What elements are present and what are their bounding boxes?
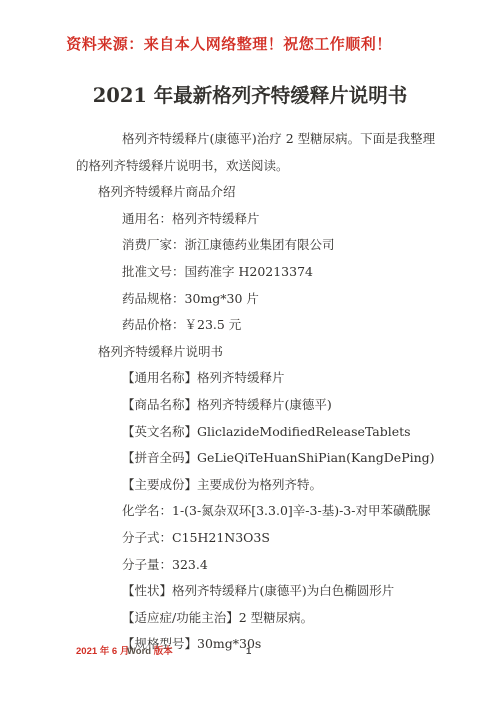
page-title: 2021 年最新格列齐特缓释片说明书 (0, 80, 500, 108)
field-line: 【性状】格列齐特缓释片(康德平)为白色椭圆形片 (76, 578, 436, 605)
field-line: 药品价格：￥23.5 元 (76, 312, 436, 339)
paragraph-line: 格列齐特缓释片(康德平)治疗 2 型糖尿病。下面是我整理 (76, 126, 436, 153)
field-line: 分子式：C15H21N3O3S (76, 525, 436, 552)
document-page: 资料来源：来自本人网络整理！祝您工作顺利！ 2021 年最新格列齐特缓释片说明书… (0, 0, 500, 708)
field-line: 【商品名称】格列齐特缓释片(康德平) (76, 392, 436, 419)
footer-page-number: 1 (246, 645, 251, 659)
footer-word-label: Word (127, 646, 151, 657)
field-line: 【主要成份】主要成份为格列齐特。 (76, 472, 436, 499)
field-line: 通用名：格列齐特缓释片 (76, 206, 436, 233)
section-heading: 格列齐特缓释片说明书 (76, 339, 436, 366)
footer-date: 2021 年 6 月 (76, 645, 129, 659)
field-line: 【适应症/功能主治】2 型糖尿病。 (76, 605, 436, 632)
field-line: 化学名：1-(3-氮杂双环[3.3.0]辛-3-基)-3-对甲苯磺酰脲 (76, 498, 436, 525)
field-line: 消费厂家：浙江康德药业集团有限公司 (76, 232, 436, 259)
paragraph-line: 的格列齐特缓释片说明书，欢送阅读。 (76, 153, 436, 180)
footer-version-text: 版本 (154, 646, 173, 657)
field-line: 【英文名称】GliclazideModifiedReleaseTablets (76, 419, 436, 446)
field-line: 【拼音全码】GeLieQiTeHuanShiPian(KangDePing) (76, 445, 436, 472)
field-line: 药品规格：30mg*30 片 (76, 286, 436, 313)
document-body: 格列齐特缓释片(康德平)治疗 2 型糖尿病。下面是我整理的格列齐特缓释片说明书，… (76, 126, 436, 658)
source-note: 资料来源：来自本人网络整理！祝您工作顺利！ (0, 33, 479, 54)
section-heading: 格列齐特缓释片商品介绍 (76, 179, 436, 206)
field-line: 分子量：323.4 (76, 552, 436, 579)
footer-version-label: Word 版本 (127, 645, 173, 659)
field-line: 批准文号：国药准字 H20213374 (76, 259, 436, 286)
field-line: 【通用名称】格列齐特缓释片 (76, 365, 436, 392)
page-footer: 2021 年 6 月 Word 版本 1 (0, 645, 500, 659)
